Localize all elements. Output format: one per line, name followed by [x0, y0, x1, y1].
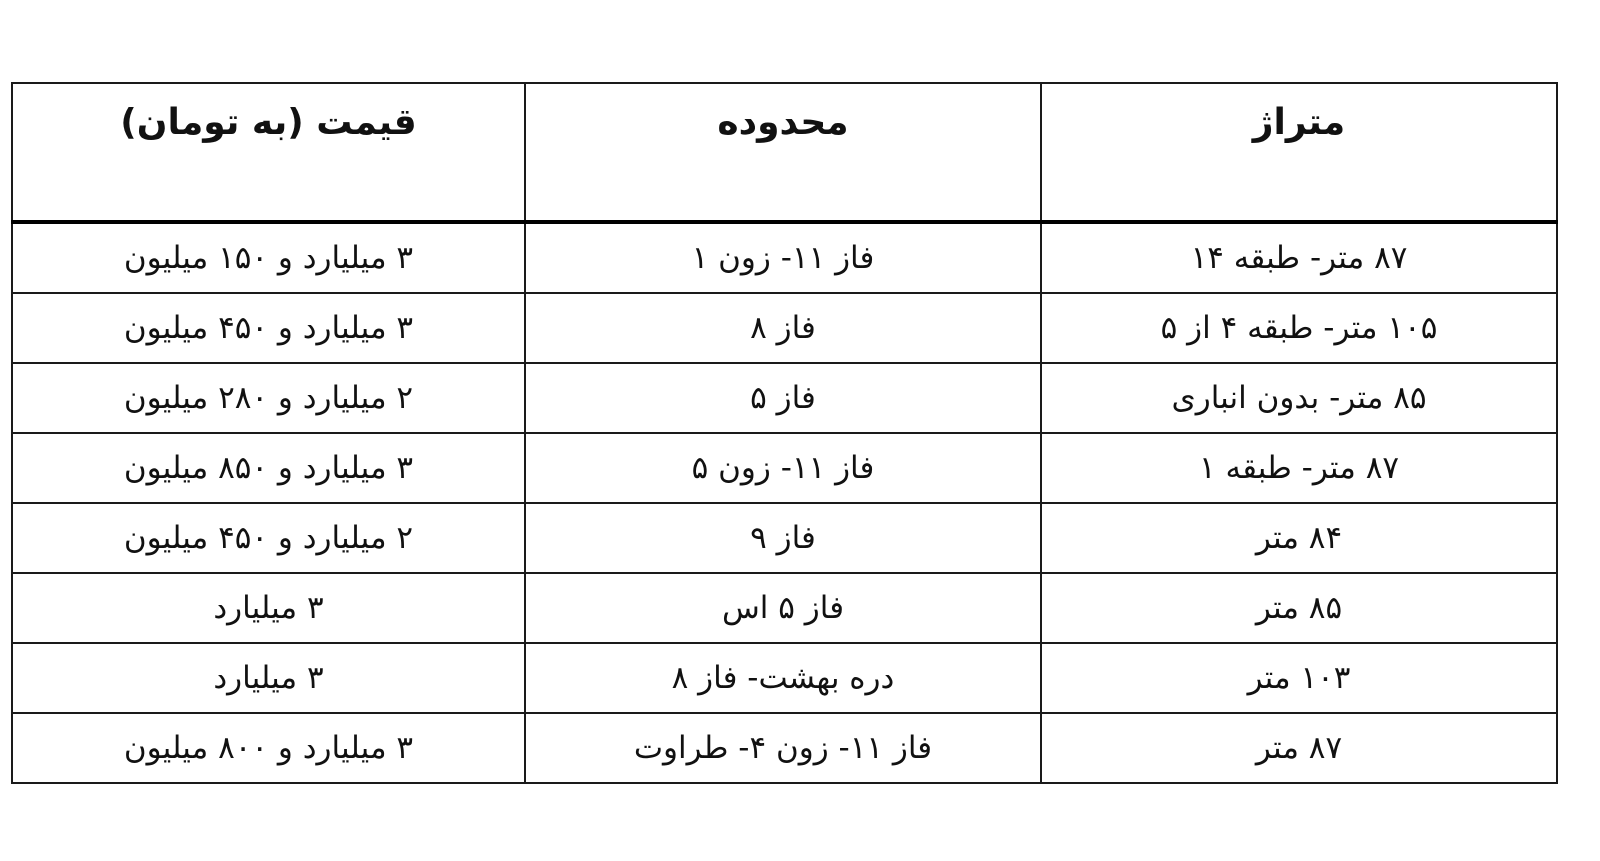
cell-area: ۱۰۳ متر [1041, 643, 1557, 713]
cell-area: ۸۷ متر- طبقه ۱۴ [1041, 222, 1557, 293]
cell-region: دره بهشت- فاز ۸ [525, 643, 1041, 713]
cell-region: فاز ۱۱- زون ۵ [525, 433, 1041, 503]
cell-price: ۳ میلیارد [12, 643, 525, 713]
header-price: قیمت (به تومان) [12, 83, 525, 222]
apartment-price-table: متراژ محدوده قیمت (به تومان) ۸۷ متر- طبق… [11, 82, 1558, 784]
cell-price: ۳ میلیارد و ۴۵۰ میلیون [12, 293, 525, 363]
table-header-row: متراژ محدوده قیمت (به تومان) [12, 83, 1557, 222]
table-row: ۱۰۳ متر دره بهشت- فاز ۸ ۳ میلیارد [12, 643, 1557, 713]
cell-area: ۸۷ متر- طبقه ۱ [1041, 433, 1557, 503]
cell-price: ۳ میلیارد و ۸۵۰ میلیون [12, 433, 525, 503]
table-row: ۸۴ متر فاز ۹ ۲ میلیارد و ۴۵۰ میلیون [12, 503, 1557, 573]
table-row: ۸۵ متر فاز ۵ اس ۳ میلیارد [12, 573, 1557, 643]
cell-region: فاز ۱۱- زون ۱ [525, 222, 1041, 293]
table-row: ۸۷ متر- طبقه ۱۴ فاز ۱۱- زون ۱ ۳ میلیارد … [12, 222, 1557, 293]
header-region: محدوده [525, 83, 1041, 222]
cell-region: فاز ۵ [525, 363, 1041, 433]
table-row: ۸۷ متر فاز ۱۱- زون ۴- طراوت ۳ میلیارد و … [12, 713, 1557, 783]
cell-region: فاز ۹ [525, 503, 1041, 573]
table-row: ۸۵ متر- بدون انباری فاز ۵ ۲ میلیارد و ۲۸… [12, 363, 1557, 433]
cell-price: ۲ میلیارد و ۴۵۰ میلیون [12, 503, 525, 573]
cell-area: ۸۵ متر [1041, 573, 1557, 643]
cell-price: ۳ میلیارد و ۸۰۰ میلیون [12, 713, 525, 783]
cell-price: ۳ میلیارد [12, 573, 525, 643]
cell-area: ۸۵ متر- بدون انباری [1041, 363, 1557, 433]
cell-region: فاز ۵ اس [525, 573, 1041, 643]
table-row: ۱۰۵ متر- طبقه ۴ از ۵ فاز ۸ ۳ میلیارد و ۴… [12, 293, 1557, 363]
cell-area: ۸۷ متر [1041, 713, 1557, 783]
cell-region: فاز ۸ [525, 293, 1041, 363]
cell-area: ۸۴ متر [1041, 503, 1557, 573]
cell-area: ۱۰۵ متر- طبقه ۴ از ۵ [1041, 293, 1557, 363]
cell-price: ۲ میلیارد و ۲۸۰ میلیون [12, 363, 525, 433]
price-table-container: متراژ محدوده قیمت (به تومان) ۸۷ متر- طبق… [11, 82, 1556, 784]
cell-region: فاز ۱۱- زون ۴- طراوت [525, 713, 1041, 783]
header-area: متراژ [1041, 83, 1557, 222]
table-row: ۸۷ متر- طبقه ۱ فاز ۱۱- زون ۵ ۳ میلیارد و… [12, 433, 1557, 503]
cell-price: ۳ میلیارد و ۱۵۰ میلیون [12, 222, 525, 293]
